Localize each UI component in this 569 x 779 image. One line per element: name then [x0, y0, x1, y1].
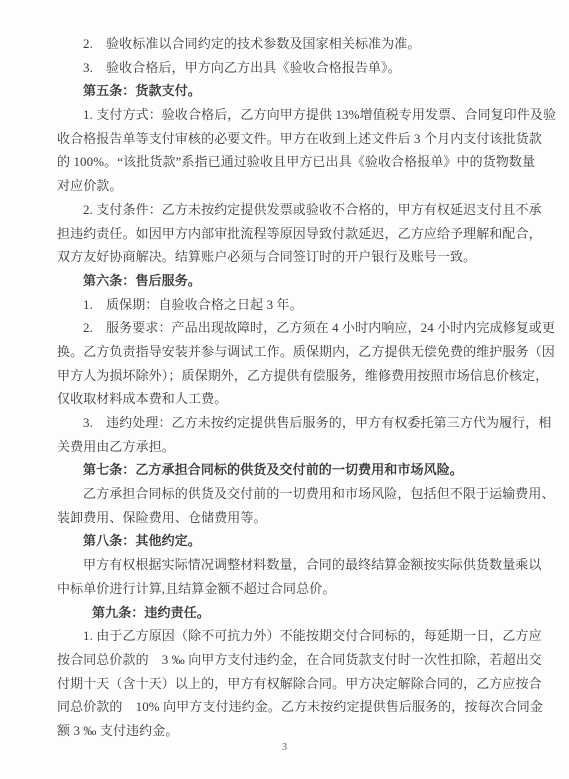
text-line: 中标单价进行计算,且结算金额不超过合同总价。 — [57, 577, 514, 601]
text-line: 担违约责任。如因甲方内部审批流程等原因导致付款延迟，乙方应给予理解和配合， — [57, 222, 514, 246]
text-line: 同总价款的 10% 向甲方支付违约金。乙方未按约定提供售后服务的，按每次合同金 — [57, 695, 514, 719]
text-line: 关费用由乙方承担。 — [57, 435, 514, 459]
text-line: 1. 由于乙方原因（除不可抗力外）不能按期交付合同标的，每延期一日，乙方应 — [57, 624, 514, 648]
text-line: 付期十天（含十天）以上的，甲方有权解除合同。甲方决定解除合同的，乙方应按合 — [57, 672, 514, 696]
text-line: 双方友好协商解决。结算账户必须与合同签订时的开户银行及账号一致。 — [57, 245, 514, 269]
text-line: 甲方有权根据实际情况调整材料数量，合同的最终结算金额按实际供货数量乘以 — [57, 553, 514, 577]
text-line: 对应价款。 — [57, 174, 514, 198]
text-line: 2. 验收标准以合同约定的技术参数及国家相关标准为准。 — [57, 32, 514, 56]
text-line: 的 100%。“该批货款”系指已通过验收且甲方已出具《验收合格报单》中的货物数量 — [57, 150, 514, 174]
text-line: 1. 支付方式：验收合格后，乙方向甲方提供 13%增值税专用发票、合同复印件及验 — [57, 103, 514, 127]
text-line: 按合同总价款的 3 ‰ 向甲方支付违约金，在合同货款支付时一次性扣除，若超出交 — [57, 648, 514, 672]
section-heading: 第九条：违约责任。 — [57, 601, 514, 625]
section-heading: 第八条：其他约定。 — [57, 529, 514, 553]
text-line: 收合格报告单等支付审核的必要文件。甲方在收到上述文件后 3 个月内支付该批货款 — [57, 127, 514, 151]
text-line: 甲方人为损坏除外）；质保期外，乙方提供有偿服务，维修费用按照市场信息价核定， — [57, 364, 514, 388]
text-line: 仅收取材料成本费和人工费。 — [57, 387, 514, 411]
text-line: 换。乙方负责指导安装并参与调试工作。质保期内，乙方提供无偿免费的维护服务（因 — [57, 340, 514, 364]
text-line: 2. 支付条件：乙方未按约定提供发票或验收不合格的，甲方有权延迟支付且不承 — [57, 198, 514, 222]
text-line: 乙方承担合同标的供货及交付前的一切费用和市场风险，包括但不限于运输费用、 — [57, 482, 514, 506]
text-line: 3. 验收合格后，甲方向乙方出具《验收合格报告单》。 — [57, 56, 514, 80]
section-heading: 第七条：乙方承担合同标的供货及交付前的一切费用和市场风险。 — [57, 458, 514, 482]
section-heading: 第五条：货款支付。 — [57, 79, 514, 103]
text-line: 1. 质保期：自验收合格之日起 3 年。 — [57, 293, 514, 317]
text-line: 装卸费用、保险费用、仓储费用等。 — [57, 506, 514, 530]
document-body: 2. 验收标准以合同约定的技术参数及国家相关标准为准。3. 验收合格后，甲方向乙… — [57, 32, 514, 743]
text-line: 3. 违约处理：乙方未按约定提供售后服务的，甲方有权委托第三方代为履行，相 — [57, 411, 514, 435]
page-number: 3 — [0, 740, 569, 755]
section-heading: 第六条：售后服务。 — [57, 269, 514, 293]
text-line: 2. 服务要求：产品出现故障时，乙方须在 4 小时内响应，24 小时内完成修复或… — [57, 316, 514, 340]
contract-page: 2. 验收标准以合同约定的技术参数及国家相关标准为准。3. 验收合格后，甲方向乙… — [0, 0, 569, 779]
